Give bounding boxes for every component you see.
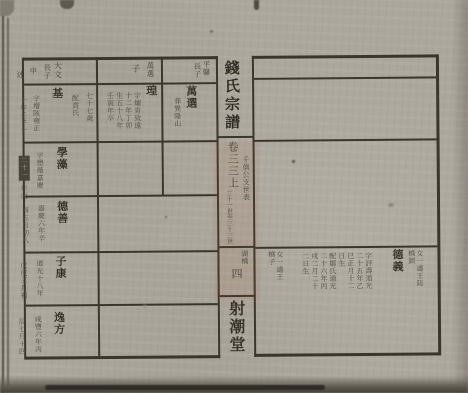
- left-page-column-rule-1: [96, 57, 100, 357]
- left-page-row-rule-3: [25, 250, 217, 253]
- entry-deshan-bio-2: 酉五月初八: [21, 207, 29, 245]
- scanned-genealogy-page: 錢氏宗譜 卷三三上 千僖公支世表 三十一世至三十三世 湖橋 四 射潮堂 平馨 長…: [0, 0, 468, 393]
- entry-deyi-preceding-note-1: 女一適王陸: [415, 250, 423, 288]
- entry-xuezao-bio-1: 字懋薇嘉慶: [36, 151, 44, 189]
- spine-book-title: 錢氏宗譜: [223, 60, 239, 132]
- entry-huang-bio-2: 十二年丁卯: [124, 92, 132, 130]
- right-page-bottom-border: [254, 352, 440, 356]
- entry-name-deyi: 德義: [391, 249, 403, 273]
- left-page-bottom-border: [25, 355, 220, 360]
- right-edge-shadow: [452, 0, 468, 393]
- entry-deyi-bio-6: 二十六年丙: [319, 252, 327, 290]
- entry-deyi-bio-5: 配鄒氏道光: [328, 252, 336, 290]
- entry-deyi-bio-7: 戌二月二十: [310, 252, 318, 290]
- header-note-3: 申: [29, 67, 37, 75]
- spine-rule-1: [218, 136, 254, 138]
- entry-deyi-bio-4: 日生: [337, 252, 344, 267]
- top-edge-mark-2: [254, 0, 259, 10]
- page-edge-line-1: [2, 10, 4, 393]
- entry-deshan-bio-1: 嘉慶六年辛: [37, 204, 45, 242]
- entry-deyi-bio-8: 二日生: [301, 252, 309, 275]
- entry-huang-bio-3: 生五十八年: [115, 92, 123, 130]
- entry-deyi-bio-1: 字評壽道光: [364, 252, 372, 290]
- right-page-row-rule-1: [255, 138, 437, 141]
- entry-yifang-bio-2: 辰七月十四: [18, 318, 26, 356]
- entry-ji-bio-2: 十年壬子十: [19, 97, 27, 135]
- header-father-name-3: 大文: [53, 61, 62, 79]
- spine-volume-label: 卷三三上: [227, 141, 239, 189]
- header-son-label-2: 子: [129, 64, 139, 74]
- stain: [143, 305, 147, 308]
- stain: [388, 203, 394, 207]
- spine-leaf-number: 四: [231, 268, 243, 280]
- entry-ji-bio-1: 字增陔雍正: [32, 95, 40, 133]
- spine-volume-note-right: 千僖公支世表: [242, 156, 250, 201]
- entry-huang-bio-5: 七十七歲: [85, 92, 93, 122]
- entry-huang-bio-1: 字燿青致遠: [133, 92, 141, 130]
- page-edge-line-2: [7, 18, 9, 393]
- left-page-row-rule-1: [25, 140, 217, 143]
- right-page-row-rule-2: [255, 245, 437, 248]
- stain: [165, 216, 167, 218]
- stain: [292, 160, 295, 163]
- header-edge-cut-character: 述: [16, 71, 24, 79]
- header-father-name-1: 平馨: [202, 60, 210, 76]
- entry-huang-bio-4: 壬寅年卒: [106, 92, 114, 122]
- left-page-top-border: [23, 56, 218, 61]
- entry-xuezao-bio-2: 年丙: [20, 185, 27, 200]
- right-page-right-border: [436, 54, 441, 355]
- entry-name-wanxuan: 萬選: [185, 85, 197, 109]
- left-page-row-rule-4: [26, 303, 218, 306]
- spine-hall-name: 射潮堂: [227, 300, 244, 354]
- entry-name-zikang: 子康: [54, 255, 66, 279]
- right-page-header-rule: [254, 76, 436, 79]
- left-page-column-rule-2: [161, 57, 164, 196]
- header-son-rank-3: 長子: [43, 63, 51, 79]
- entry-deyi-daughter-note-2: 橋子: [267, 251, 274, 266]
- entry-zikang-bio-1: 道光十八年: [35, 260, 43, 298]
- left-page-row-rule-2: [25, 194, 217, 197]
- entry-xuezao-inked-patch: 二十一: [19, 156, 30, 181]
- spine-volume-note-left: 三十一世至三十三世: [225, 190, 232, 244]
- entry-deyi-preceding-note-2: 橋鎮: [407, 250, 414, 265]
- entry-deyi-bio-3: 巳正月十二: [346, 252, 354, 290]
- entry-deyi-bio-2: 二十五年乙: [355, 252, 363, 290]
- entry-name-ji: 基: [51, 87, 63, 99]
- entry-deyi-daughter-note-1: 女一適王: [275, 251, 283, 281]
- book-spread: 錢氏宗譜 卷三三上 千僖公支世表 三十一世至三十三世 湖橋 四 射潮堂 平馨 長…: [0, 0, 468, 393]
- entry-name-yifang: 逸方: [53, 311, 65, 335]
- entry-name-huang: 瑝: [145, 85, 157, 97]
- header-son-rank-1: 長子: [193, 62, 201, 78]
- right-page-top-border: [252, 54, 438, 58]
- header-father-name-2: 萬選: [146, 62, 154, 78]
- stain: [210, 30, 213, 33]
- entry-wanxuan-burial-note: 葬巽隆山: [173, 97, 181, 127]
- entry-yifang-bio-1: 咸豐六年丙: [34, 316, 42, 354]
- spine-branch-note: 湖橋: [240, 250, 247, 265]
- entry-name-deshan: 德善: [56, 200, 68, 224]
- entry-huang-spouse-note: 配賁氏: [71, 94, 79, 117]
- bottom-dark-streak: [45, 385, 325, 390]
- entry-name-xuezao: 學藻: [56, 146, 68, 170]
- entry-zikang-bio-2: 戊戌三月初: [19, 262, 27, 300]
